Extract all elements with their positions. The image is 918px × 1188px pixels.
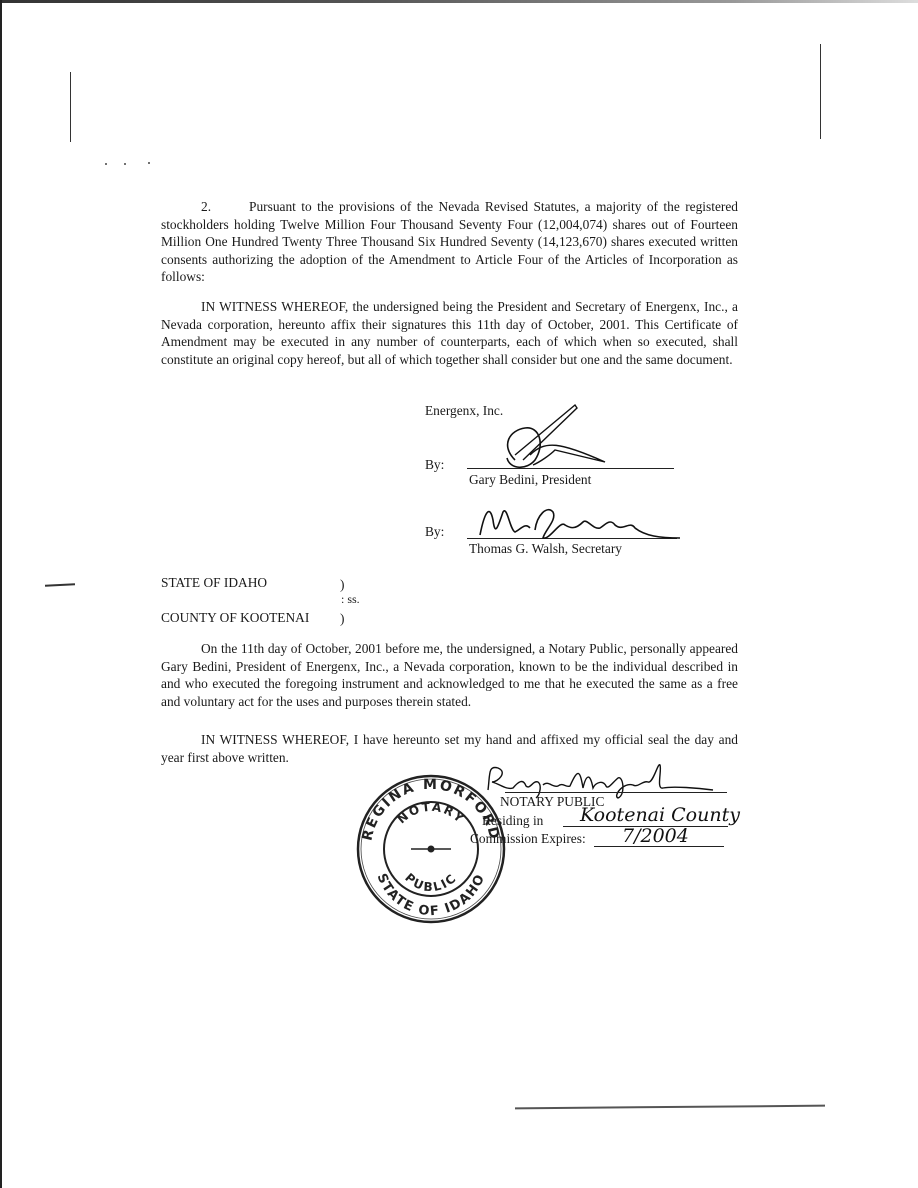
by-label-president: By:: [425, 457, 444, 473]
commission-value: 7/2004: [622, 825, 689, 847]
scan-artifact-bottom-line: [515, 1105, 825, 1110]
scan-left-edge: [0, 0, 2, 1188]
commission-label: Commission Expires:: [470, 831, 586, 847]
scan-artifact-dash: [45, 583, 75, 587]
seal-inner-top: NOTARY: [394, 800, 467, 827]
company-name: Energenx, Inc.: [425, 403, 503, 419]
scan-top-edge: [0, 0, 918, 3]
name-title-president: Gary Bedini, President: [469, 472, 591, 488]
venue-county: COUNTY OF KOOTENAI: [161, 610, 309, 626]
residing-label: Residing in: [482, 813, 543, 829]
scan-artifact-line-left: [70, 72, 71, 142]
venue-paren-top: ): [340, 577, 344, 593]
paragraph-number: 2.: [201, 198, 249, 216]
scan-speck: [124, 163, 126, 165]
scan-artifact-line-right: [820, 44, 821, 139]
signature-thomas-walsh: [475, 500, 685, 545]
notary-signature-line: [505, 792, 727, 793]
venue-ss: : ss.: [341, 592, 360, 607]
witness-paragraph: IN WITNESS WHEREOF, the undersigned bein…: [161, 298, 738, 368]
svg-text:NOTARY: NOTARY: [394, 800, 467, 827]
scan-speck: [148, 162, 150, 164]
notary-text: On the 11th day of October, 2001 before …: [161, 641, 738, 709]
venue-paren-bottom: ): [340, 611, 344, 627]
notary-paragraph: On the 11th day of October, 2001 before …: [161, 640, 738, 710]
venue-state: STATE OF IDAHO: [161, 575, 267, 591]
scan-speck: [105, 163, 107, 165]
paragraph-2: 2.Pursuant to the provisions of the Neva…: [161, 198, 738, 286]
witness-text: IN WITNESS WHEREOF, the undersigned bein…: [161, 299, 738, 367]
residing-value: Kootenai County: [580, 804, 740, 826]
name-title-secretary: Thomas G. Walsh, Secretary: [469, 541, 622, 557]
by-label-secretary: By:: [425, 524, 444, 540]
